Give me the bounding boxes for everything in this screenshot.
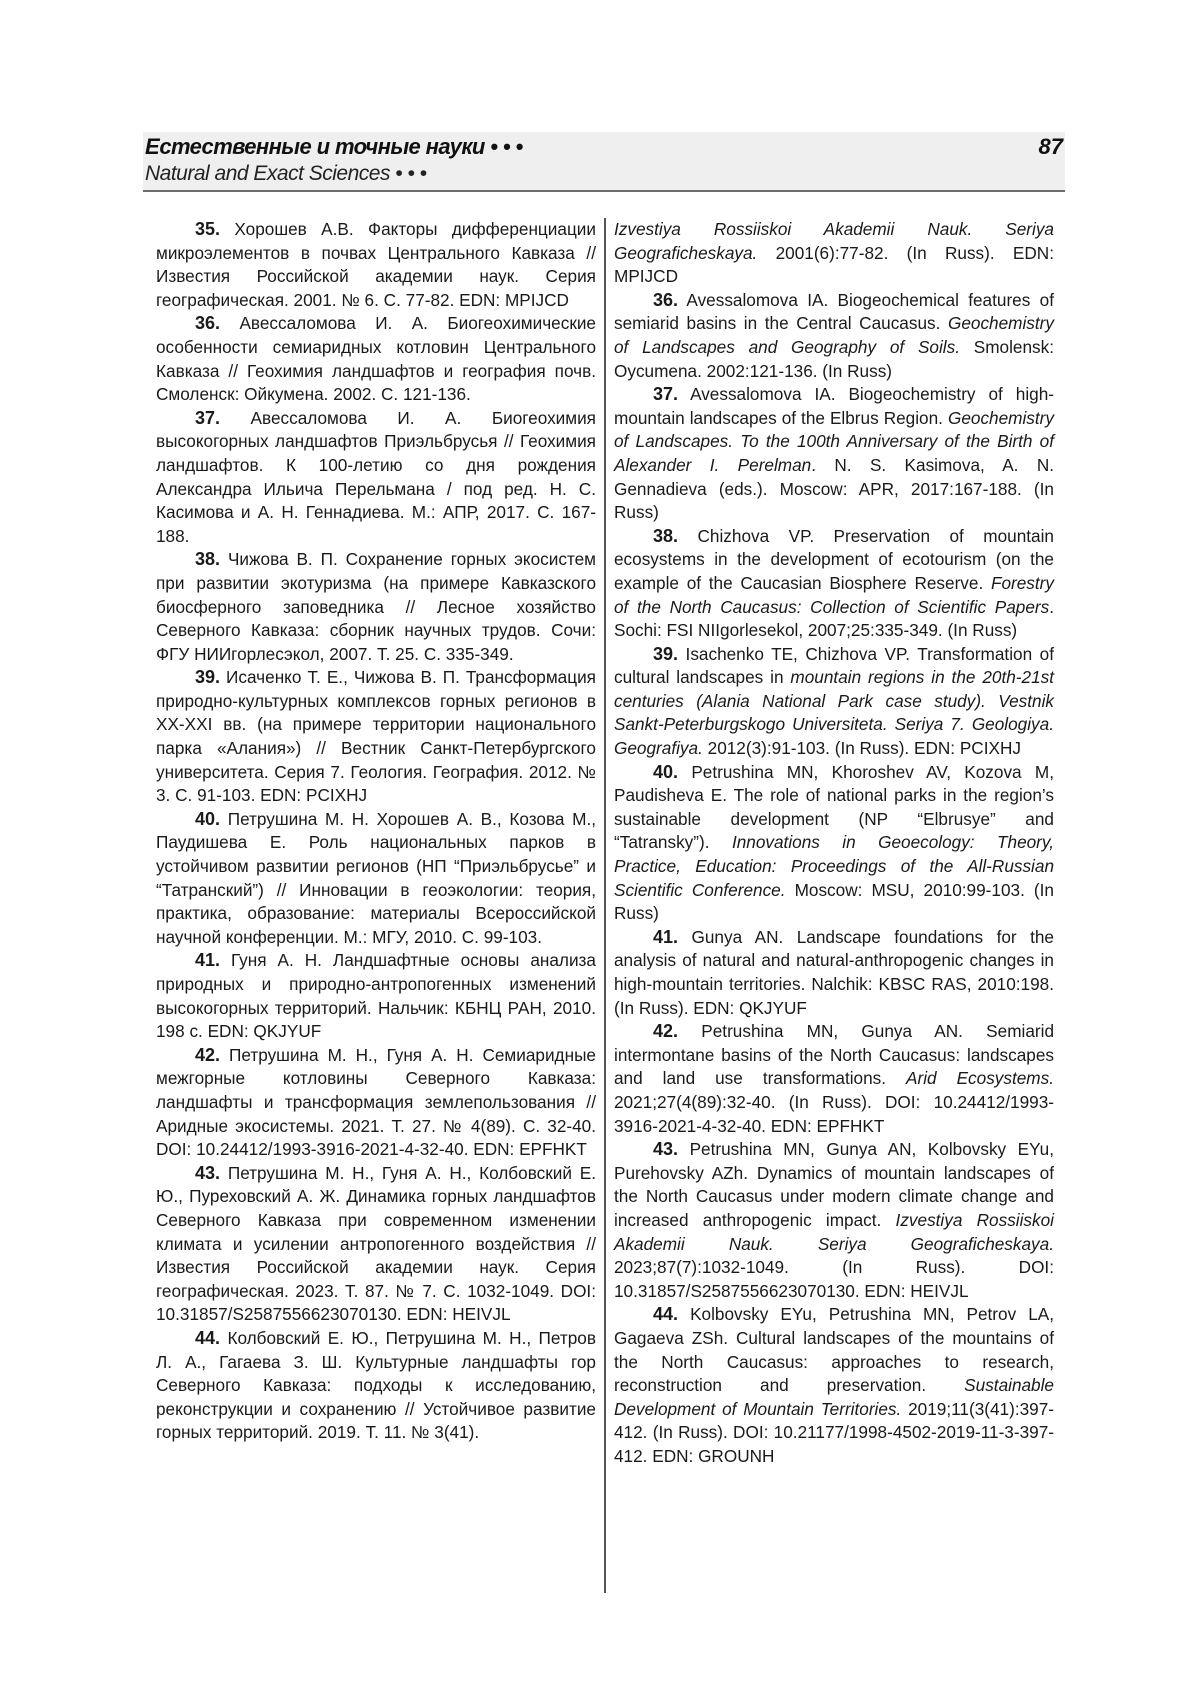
reference-item: 36. Авессаломова И. А. Биогеохимические … [156, 312, 596, 406]
page-number: 87 [1039, 134, 1063, 160]
reference-number: 38. [653, 526, 678, 546]
reference-number: 40. [195, 809, 220, 829]
reference-number: 42. [195, 1045, 220, 1065]
reference-text: 2012(3):91-103. (In Russ). EDN: PCIXHJ [703, 738, 1021, 758]
reference-item: 42. Petrushina MN, Gunya AN. Semiarid in… [614, 1020, 1054, 1138]
reference-text: Гуня А. Н. Ландшафтные основы анализа пр… [156, 950, 596, 1041]
reference-text: Авессаломова И. А. Биогеохимические особ… [156, 313, 596, 404]
reference-number: 41. [653, 927, 678, 947]
reference-number: 37. [195, 408, 220, 428]
reference-text: Петрушина М. Н., Гуня А. Н. Семиаридные … [156, 1045, 596, 1159]
journal-section-title-en: Natural and Exact Sciences • • • [145, 162, 427, 186]
reference-item: 35. Хорошев А.В. Факторы дифференциации … [156, 218, 596, 312]
reference-item: 44. Kolbovsky EYu, Petrushina MN, Petrov… [614, 1303, 1054, 1468]
reference-text: 2023;87(7):1032-1049. (In Russ). DOI: 10… [614, 1257, 1054, 1301]
reference-number: 39. [195, 667, 220, 687]
reference-item: 36. Avessalomova IA. Biogeochemical feat… [614, 289, 1054, 383]
reference-text: Авессаломова И. А. Биогеохимия высокогор… [156, 408, 596, 546]
reference-journal: Arid Ecosystems. [906, 1068, 1054, 1088]
reference-item: 37. Авессаломова И. А. Биогеохимия высок… [156, 407, 596, 549]
reference-text: Gunya AN. Landscape foundations for the … [614, 927, 1054, 1018]
reference-item: 41. Гуня А. Н. Ландшафтные основы анализ… [156, 949, 596, 1043]
reference-number: 35. [195, 219, 220, 239]
reference-number: 42. [653, 1021, 678, 1041]
reference-number: 44. [195, 1328, 220, 1348]
reference-number: 36. [653, 290, 678, 310]
reference-item: 43. Петрушина М. Н., Гуня А. Н., Колбовс… [156, 1162, 596, 1327]
reference-number: 38. [195, 549, 220, 569]
reference-text: Колбовский Е. Ю., Петрушина М. Н., Петро… [156, 1328, 596, 1442]
reference-item: 40. Petrushina MN, Khoroshev AV, Kozova … [614, 761, 1054, 926]
reference-number: 43. [653, 1139, 678, 1159]
reference-number: 41. [195, 950, 220, 970]
reference-continuation: Izvestiya Rossiiskoi Akademii Nauk. Seri… [614, 218, 1054, 289]
reference-text: Chizhova VP. Preservation of mountain ec… [614, 526, 1054, 593]
references-english-column: Izvestiya Rossiiskoi Akademii Nauk. Seri… [614, 218, 1054, 1468]
reference-text: Петрушина М. Н. Хорошев А. В., Козова М.… [156, 809, 596, 947]
reference-item: 38. Chizhova VP. Preservation of mountai… [614, 525, 1054, 643]
reference-item: 42. Петрушина М. Н., Гуня А. Н. Семиарид… [156, 1044, 596, 1162]
reference-text: Чижова В. П. Сохранение горных экосистем… [156, 549, 596, 663]
reference-text: 2021;27(4(89):32-40. (In Russ). DOI: 10.… [614, 1092, 1054, 1136]
running-header: Естественные и точные науки • • • Natura… [143, 132, 1065, 192]
reference-item: 40. Петрушина М. Н. Хорошев А. В., Козов… [156, 808, 596, 950]
journal-section-title-ru: Естественные и точные науки • • • [145, 134, 523, 160]
reference-text: Исаченко Т. Е., Чижова В. П. Трансформац… [156, 667, 596, 805]
reference-text: Петрушина М. Н., Гуня А. Н., Колбовский … [156, 1163, 596, 1325]
reference-item: 43. Petrushina MN, Gunya AN, Kolbovsky E… [614, 1138, 1054, 1303]
reference-number: 44. [653, 1304, 678, 1324]
reference-number: 37. [653, 384, 678, 404]
reference-number: 36. [195, 313, 220, 333]
reference-text: Хорошев А.В. Факторы дифференциации микр… [156, 219, 596, 310]
reference-item: 39. Исаченко Т. Е., Чижова В. П. Трансфо… [156, 666, 596, 808]
reference-number: 43. [195, 1163, 220, 1183]
reference-item: 38. Чижова В. П. Сохранение горных экоси… [156, 548, 596, 666]
references-russian-column: 35. Хорошев А.В. Факторы дифференциации … [156, 218, 596, 1445]
reference-number: 39. [653, 644, 678, 664]
reference-item: 44. Колбовский Е. Ю., Петрушина М. Н., П… [156, 1327, 596, 1445]
column-divider [604, 218, 606, 1593]
reference-number: 40. [653, 762, 678, 782]
reference-item: 41. Gunya AN. Landscape foundations for … [614, 926, 1054, 1020]
reference-item: 37. Avessalomova IA. Biogeochemistry of … [614, 383, 1054, 525]
reference-item: 39. Isachenko TE, Chizhova VP. Transform… [614, 643, 1054, 761]
